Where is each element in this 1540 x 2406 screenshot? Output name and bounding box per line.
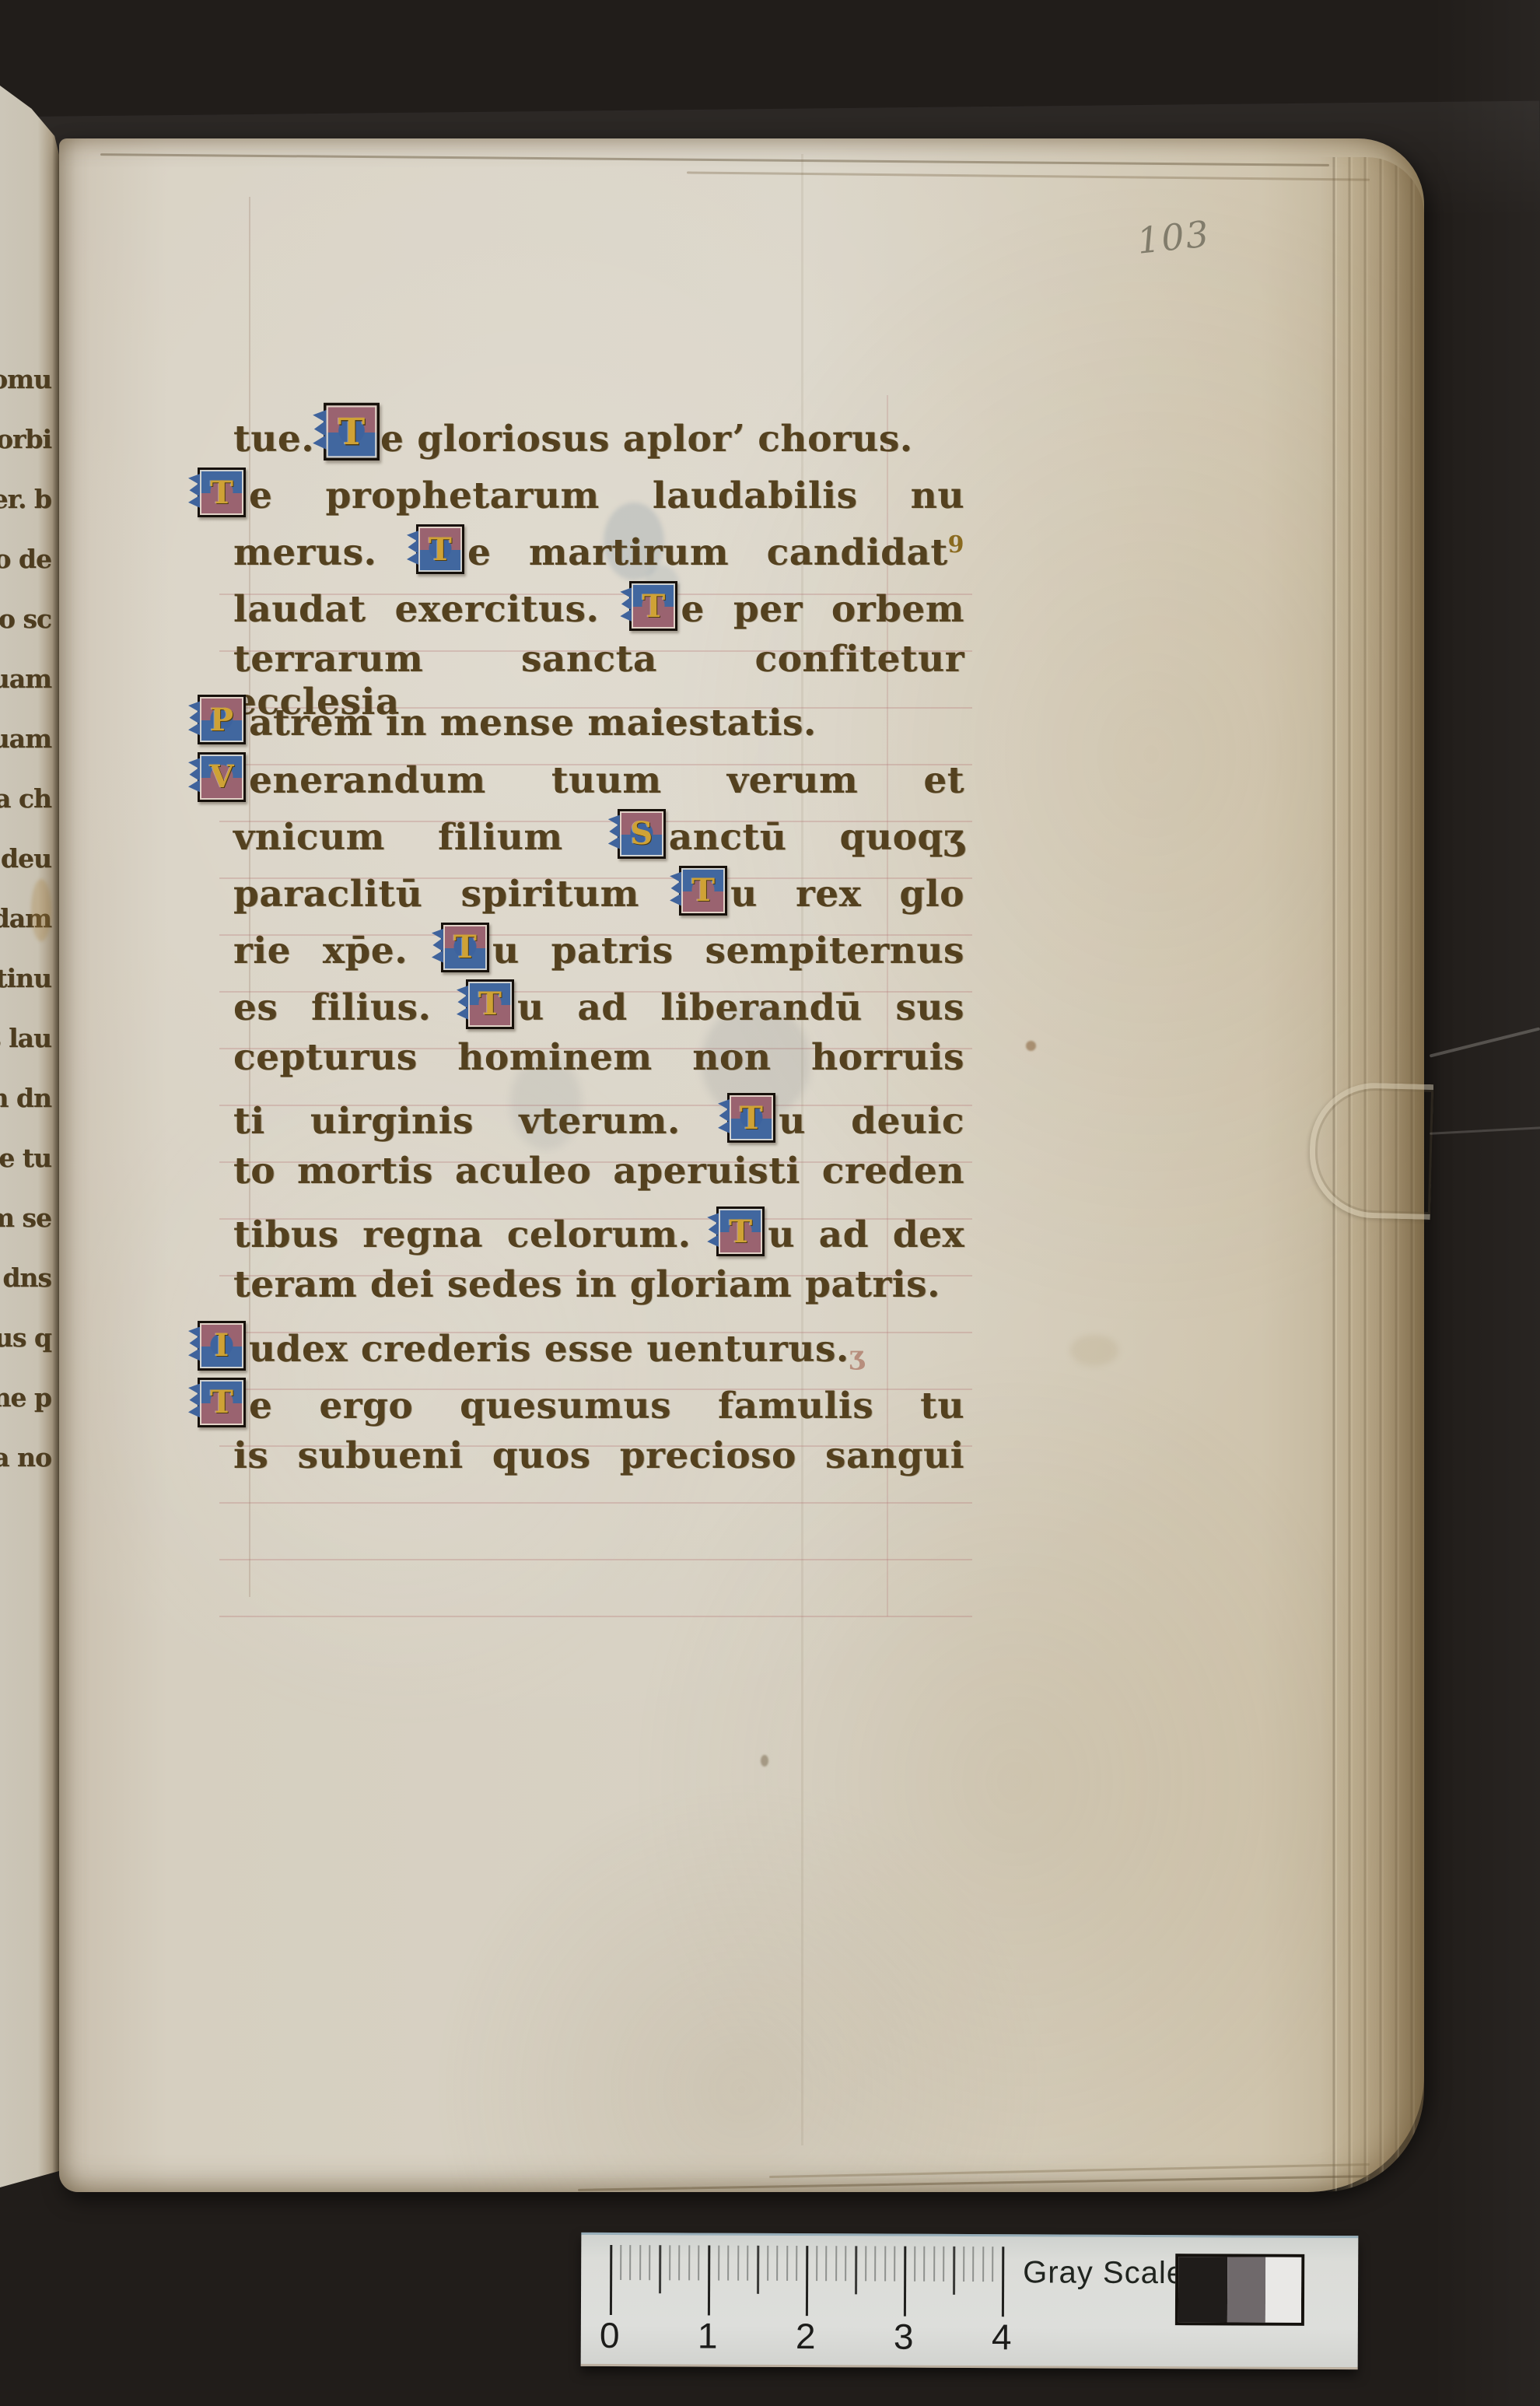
ruler-tick: [933, 2247, 935, 2282]
grayscale-patch: [1265, 2257, 1301, 2323]
manuscript-line: teram dei sedes in gloriam patris.: [233, 1263, 964, 1320]
initial-letter: T: [200, 470, 243, 515]
ruler-tick: [747, 2246, 749, 2281]
ruler-tick: [659, 2245, 661, 2293]
ruler-tick: [727, 2246, 729, 2281]
grayscale-patch: [1178, 2257, 1228, 2322]
ruler-tick: [845, 2246, 847, 2281]
scribal-mark: 9: [948, 531, 964, 559]
illuminated-initial: T: [629, 581, 677, 631]
ruler-tick: [708, 2246, 710, 2316]
background-cloth-fold: [1431, 0, 1540, 2406]
ruler-tick: [943, 2247, 945, 2282]
ruler-tick: [767, 2246, 768, 2281]
ruler-tick: [904, 2247, 906, 2317]
initial-letter: T: [632, 583, 675, 629]
manuscript-line: is subueni quos precioso sangui: [233, 1434, 964, 1491]
illuminated-initial: T: [198, 468, 246, 517]
facing-page-edge: et omuer te orbinoster. bi pro deminco s…: [0, 86, 61, 2187]
ruler-tick: [884, 2247, 886, 2282]
page-number: 103: [1135, 212, 1212, 262]
stain: [31, 879, 51, 941]
facing-page-fragment: ine p: [0, 1382, 51, 1413]
ruler-tick: [953, 2247, 955, 2295]
stain: [761, 1755, 768, 1767]
manuscript-line: Venerandum tuum verum et: [196, 752, 964, 809]
grayscale-patch: [1227, 2257, 1265, 2322]
scribal-mark: ʒ: [849, 1340, 865, 1371]
facing-page-fragment: ps deu: [0, 843, 51, 874]
facing-page-fragment: et omu: [0, 364, 51, 394]
facing-page-fragment: us lau: [0, 1023, 51, 1053]
initial-letter: P: [200, 697, 243, 742]
manuscript-text: is subueni quos precioso sangui: [233, 1434, 964, 1477]
ruler-tick: [639, 2245, 641, 2280]
manuscript-text: e martirum candidat: [467, 531, 948, 574]
ruler-tick: [629, 2245, 631, 2280]
ruler-tick: [855, 2246, 857, 2294]
ruler-number: 0: [600, 2314, 620, 2356]
manuscript-text: merus.: [233, 531, 415, 574]
ruler-tick: [737, 2246, 739, 2281]
ruler-ticks: [581, 2235, 1358, 2238]
illuminated-initial: T: [416, 524, 464, 574]
manuscript-line: terrarum sancta confitetur ecclesia: [233, 638, 964, 695]
initial-letter: T: [418, 527, 462, 572]
manuscript-line: Iudex crederis esse uenturus.ʒ: [196, 1321, 964, 1378]
ruler-number: 1: [698, 2314, 718, 2356]
facing-page-fragment: t tuam: [0, 723, 51, 754]
manuscript-text: enerandum tuum verum et: [249, 759, 964, 802]
manuscript-text: atrem in mense maiestatis.: [249, 702, 817, 744]
manuscript-line: cepturus hominem non horruis: [233, 1036, 964, 1093]
ruler-numbers: 01234: [581, 2235, 1358, 2238]
ruler-tick: [698, 2245, 700, 2280]
manuscript-text: tibus regna celorum.: [233, 1214, 715, 1256]
manuscript-text: udex crederis esse uenturus.: [249, 1328, 849, 1371]
page-stack-edge: [687, 171, 1369, 180]
illuminated-initial: T: [727, 1093, 775, 1143]
ruler-tick: [649, 2245, 651, 2280]
facing-page-fragment: ta no: [0, 1442, 51, 1473]
facing-page-fragment: am se: [0, 1203, 51, 1233]
manuscript-text: vnicum filium: [233, 816, 616, 859]
manuscript-line: vnicum filium Sanctū quoqʒ: [233, 809, 964, 866]
ruler-tick: [816, 2246, 817, 2281]
facing-page-fragment: us q: [0, 1322, 51, 1353]
ruler-tick: [835, 2246, 837, 2281]
manuscript-text: tue.: [233, 418, 327, 461]
manuscript-text: u patris sempiternus: [492, 930, 964, 972]
ruler-number: 3: [894, 2316, 914, 2358]
facing-page-fragment: minco sc: [0, 604, 51, 634]
manuscript-text: e ergo quesumus famulis tu: [249, 1385, 964, 1427]
ruler-tick: [972, 2247, 974, 2282]
manuscript-text: u ad dex: [768, 1214, 964, 1256]
ruler-tick: [825, 2246, 827, 2281]
manuscript-line: laudat exercitus. Te per orbem: [233, 581, 964, 638]
ruler-tick: [992, 2247, 993, 2282]
ruler-tick: [874, 2246, 876, 2281]
manuscript-text: u ad liberandū sus: [517, 986, 964, 1029]
ruler-tick: [982, 2247, 984, 2282]
manuscript-text: to mortis aculeo aperuisti creden: [233, 1150, 964, 1192]
initial-letter: V: [200, 755, 243, 800]
facing-page-fragment: er te orbi: [0, 424, 51, 454]
manuscript-line: Te prophetarum laudabilis nu: [196, 468, 964, 524]
facing-page-fragment: noster. b: [0, 484, 51, 514]
ruler-tick: [776, 2246, 778, 2281]
initial-letter: T: [719, 1209, 762, 1254]
facing-page-fragment: o dns: [0, 1263, 51, 1293]
facing-page-fragment: ii muam: [0, 664, 51, 694]
gray-scale-label: Gray Scale: [1023, 2255, 1185, 2291]
manuscript-text: anctū quoqʒ: [669, 816, 964, 859]
manuscript-text: e gloriosus aplorʼ chorus.: [380, 418, 913, 461]
manuscript-line: Te ergo quesumus famulis tu: [196, 1378, 964, 1434]
manuscript-line: es filius. Tu ad liberandū sus: [233, 979, 964, 1036]
ruler-tick: [669, 2245, 670, 2280]
manuscript-line: paraclitū spiritum Tu rex glo: [233, 866, 964, 923]
illuminated-initial: T: [716, 1207, 765, 1256]
manuscript-line: tue. Te gloriosus aplorʼ chorus.: [233, 411, 964, 468]
illuminated-initial: T: [441, 923, 489, 972]
illuminated-initial: P: [198, 695, 246, 744]
ruler-tick: [620, 2245, 621, 2280]
facing-page-fragment: ne tu: [0, 1143, 51, 1173]
ruler-tick: [963, 2247, 964, 2282]
initial-letter: T: [200, 1380, 243, 1425]
manuscript-line: tibus regna celorum. Tu ad dex: [233, 1207, 964, 1263]
illuminated-initial: T: [198, 1378, 246, 1427]
ruler-tick: [757, 2246, 759, 2294]
initial-letter: I: [200, 1323, 243, 1368]
facing-page-fragment: ttinu: [0, 963, 51, 993]
ruler-tick: [796, 2246, 798, 2281]
page-stack-edge: [578, 2175, 1370, 2191]
manuscript-line: to mortis aculeo aperuisti creden: [233, 1150, 964, 1207]
manuscript-text: e prophetarum laudabilis nu: [249, 475, 964, 517]
ruler-tick: [678, 2245, 680, 2280]
manuscript-line: Patrem in mense maiestatis.: [196, 695, 964, 751]
manuscript-line: ti uirginis vterum. Tu deuic: [233, 1093, 964, 1150]
ruler-tick: [1002, 2247, 1004, 2317]
stain: [1026, 1041, 1036, 1051]
calibration-strip: 01234 Gray Scale: [581, 2233, 1359, 2369]
manuscript-text: paraclitū spiritum: [233, 873, 677, 916]
initial-letter: T: [468, 982, 512, 1027]
manuscript-text: laudat exercitus.: [233, 588, 628, 631]
illuminated-initial: T: [324, 403, 380, 461]
facing-page-fragment: em dn: [0, 1083, 51, 1113]
manuscript-photo: et omuer te orbinoster. bi pro deminco s…: [0, 0, 1540, 2406]
manuscript-text: teram dei sedes in gloriam patris.: [233, 1263, 940, 1306]
illuminated-initial: I: [198, 1321, 246, 1371]
manuscript-text: es filius.: [233, 986, 464, 1029]
grayscale-patches: [1175, 2254, 1304, 2326]
initial-letter: S: [620, 811, 663, 856]
ruler-tick: [806, 2246, 808, 2316]
illuminated-initial: V: [198, 752, 246, 802]
manuscript-page: 103 tue. Te gloriosus aplorʼ chorus.Te p…: [59, 138, 1424, 2192]
page-stack-edge: [100, 153, 1328, 166]
initial-letter: T: [730, 1095, 773, 1140]
manuscript-text: u rex glo: [730, 873, 964, 916]
initial-letter: T: [443, 925, 487, 970]
ruler-number: 2: [796, 2315, 816, 2357]
ruler-tick: [914, 2247, 915, 2282]
manuscript-text: u deuic: [779, 1100, 964, 1143]
illuminated-initial: T: [466, 979, 514, 1029]
ruler-tick: [923, 2247, 925, 2282]
illuminated-initial: T: [679, 866, 727, 916]
manuscript-line: rie xp̄e. Tu patris sempiternus: [233, 923, 964, 979]
initial-letter: T: [681, 868, 725, 913]
text-block: tue. Te gloriosus aplorʼ chorus.Te proph…: [233, 411, 964, 1491]
ruler-tick: [688, 2245, 690, 2280]
ruler-number: 4: [992, 2316, 1012, 2358]
manuscript-text: e per orbem: [681, 588, 964, 631]
manuscript-line: merus. Te martirum candidat9: [233, 524, 964, 581]
initial-letter: T: [327, 405, 377, 457]
ruler-tick: [786, 2246, 788, 2281]
facing-page-fragment: i pro de: [0, 544, 51, 574]
ruler-tick: [865, 2246, 866, 2281]
manuscript-text: rie xp̄e.: [233, 930, 439, 972]
manuscript-text: cepturus hominem non horruis: [233, 1036, 964, 1079]
manuscript-text: ti uirginis vterum.: [233, 1100, 726, 1143]
illuminated-initial: S: [618, 809, 666, 859]
ruler-tick: [718, 2246, 719, 2281]
stain: [1070, 1335, 1118, 1366]
ruler-tick: [894, 2247, 896, 2282]
ruler-tick: [610, 2245, 612, 2315]
facing-page-fragment: qua ch: [0, 783, 51, 814]
